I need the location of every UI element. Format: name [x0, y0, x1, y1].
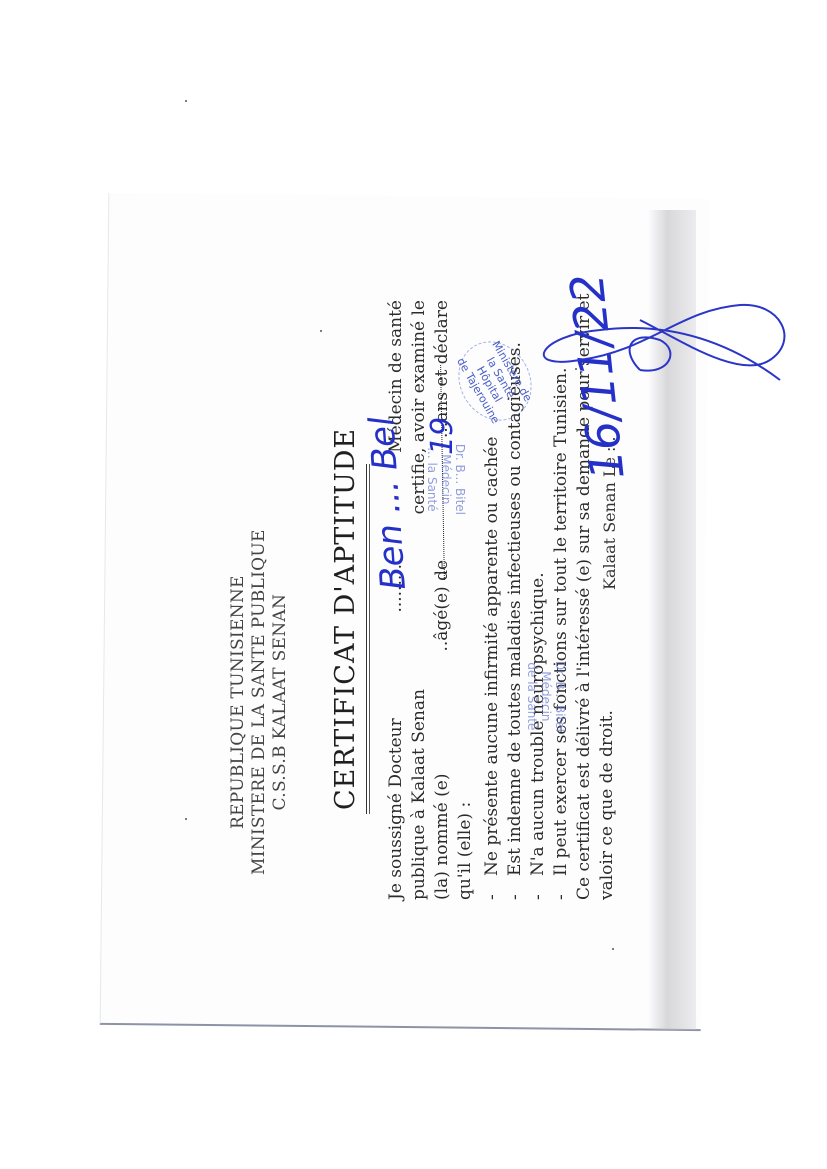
certificate-title: CERTIFICAT D'APTITUDE: [330, 428, 361, 810]
stamp-text: de la Santé: [525, 661, 539, 732]
header-ministry: MINISTERE DE LA SANTE PUBLIQUE: [249, 529, 270, 875]
body-text: Je soussigné Docteur: [385, 718, 408, 900]
doctor-signature: [480, 300, 810, 390]
stamp-text: Dr. B... Bitel: [453, 444, 467, 515]
letterhead: REPUBLIQUE TUNISIENNE MINISTERE DE LA SA…: [228, 529, 291, 875]
stamp-text: ... la Santé: [425, 444, 439, 515]
scan-speck: [185, 100, 187, 102]
doctor-stamp-1: Dr. B... Bitel Médecin de la Santé: [525, 661, 567, 732]
stamp-text: Dr. B... Bitel: [553, 661, 567, 732]
certificate-content: REPUBLIQUE TUNISIENNE MINISTERE DE LA SA…: [180, 190, 640, 1010]
header-center: C.S.S.B KALAAT SENAN: [270, 529, 291, 875]
body-text: (la) nommé (e): [431, 774, 454, 900]
body-line-2: publique à Kalaat Senan certifie, avoir …: [408, 300, 431, 900]
body-text: ..âgé(e) de: [431, 560, 454, 652]
doctor-stamp-2: Dr. B... Bitel Médecin ... la Santé: [425, 444, 467, 515]
stamp-text: Médecin: [539, 661, 553, 732]
stamp-text: Médecin: [439, 444, 453, 515]
body-text: qu'il (elle) :: [454, 802, 477, 900]
body-text: publique à Kalaat Senan: [408, 689, 431, 900]
header-republic: REPUBLIQUE TUNISIENNE: [228, 529, 249, 875]
body-line-1: Je soussigné Docteur .......... Médecin …: [385, 300, 408, 900]
